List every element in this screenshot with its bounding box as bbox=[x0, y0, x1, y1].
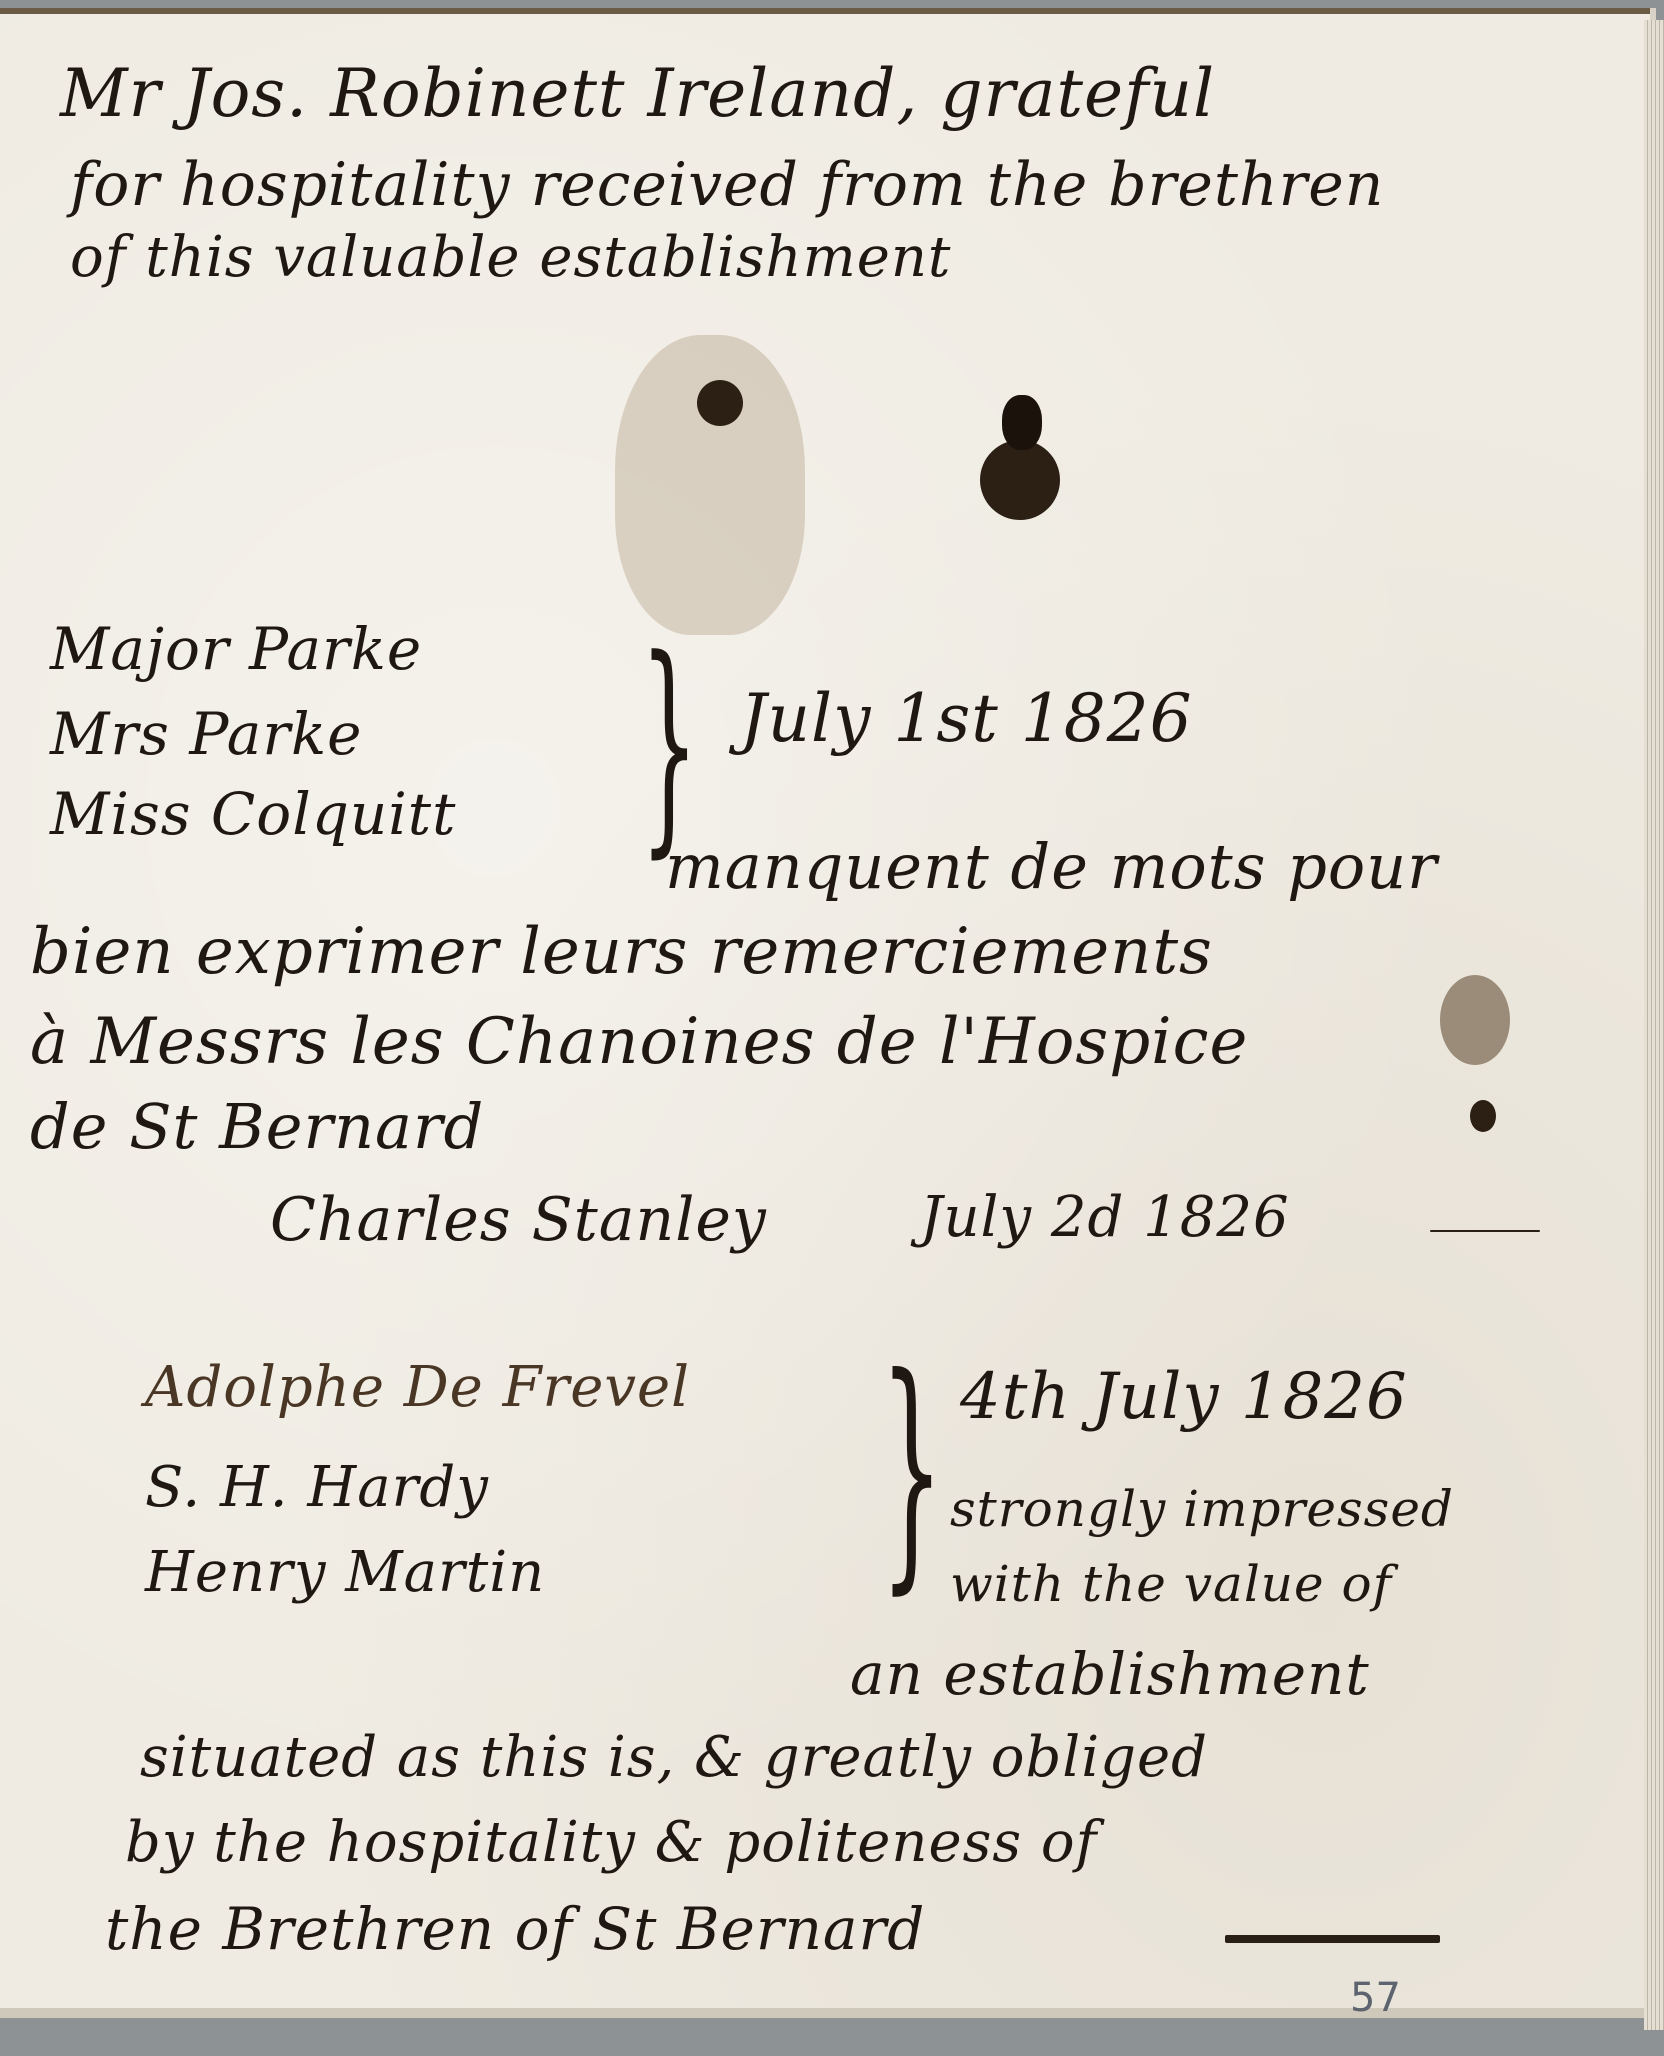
ink-blot-large bbox=[980, 440, 1060, 520]
closing-flourish-line bbox=[1225, 1935, 1440, 1943]
entry-1-line-3: of this valuable establishment bbox=[70, 225, 951, 290]
entry-3-date: July 2d 1826 bbox=[920, 1185, 1290, 1250]
entry-1-line-1: Mr Jos. Robinett Ireland, grateful bbox=[60, 55, 1215, 132]
entry-1-line-2: for hospitality received from the brethr… bbox=[70, 150, 1384, 220]
entry-4-line-1: strongly impressed bbox=[950, 1480, 1454, 1538]
entry-2-name-3: Miss Colquitt bbox=[50, 780, 456, 848]
entry-2-date: July 1st 1826 bbox=[740, 680, 1193, 757]
signature-flourish-line bbox=[1430, 1230, 1540, 1232]
entry-4-line-5: by the hospitality & politeness of bbox=[125, 1810, 1097, 1875]
entry-4-name-2: S. H. Hardy bbox=[145, 1455, 489, 1520]
ink-stain-right bbox=[1440, 975, 1510, 1065]
entry-2-line-4: de St Bernard bbox=[30, 1090, 484, 1163]
entry-4-line-2: with the value of bbox=[950, 1555, 1392, 1613]
entry-4-line-6: the Brethren of St Bernard bbox=[105, 1895, 925, 1963]
brace-bracket: } bbox=[640, 630, 699, 860]
entry-2-name-1: Major Parke bbox=[50, 615, 422, 683]
entry-4-name-1: Adolphe De Frevel bbox=[145, 1355, 690, 1420]
entry-2-line-3: à Messrs les Chanoines de l'Hospice bbox=[30, 1005, 1248, 1079]
brace-bracket-2: } bbox=[880, 1345, 944, 1595]
entry-4-line-3: an establishment bbox=[850, 1640, 1370, 1708]
page-edges bbox=[1644, 20, 1664, 2030]
ink-smudge-stain bbox=[615, 335, 805, 635]
entry-2-line-2: bien exprimer leurs remerciements bbox=[30, 915, 1213, 989]
ink-blot-small bbox=[697, 380, 743, 426]
ink-blot-top bbox=[1002, 395, 1042, 450]
entry-2-line-1: manquent de mots pour bbox=[665, 830, 1438, 903]
page-number: 57 bbox=[1350, 1975, 1401, 2021]
ink-blot-right bbox=[1470, 1100, 1496, 1132]
entry-4-date: 4th July 1826 bbox=[960, 1360, 1408, 1434]
entry-3-signature: Charles Stanley bbox=[270, 1185, 767, 1255]
entry-2-name-2: Mrs Parke bbox=[50, 700, 363, 768]
entry-4-name-3: Henry Martin bbox=[145, 1540, 545, 1605]
entry-4-line-4: situated as this is, & greatly obliged bbox=[140, 1725, 1208, 1790]
